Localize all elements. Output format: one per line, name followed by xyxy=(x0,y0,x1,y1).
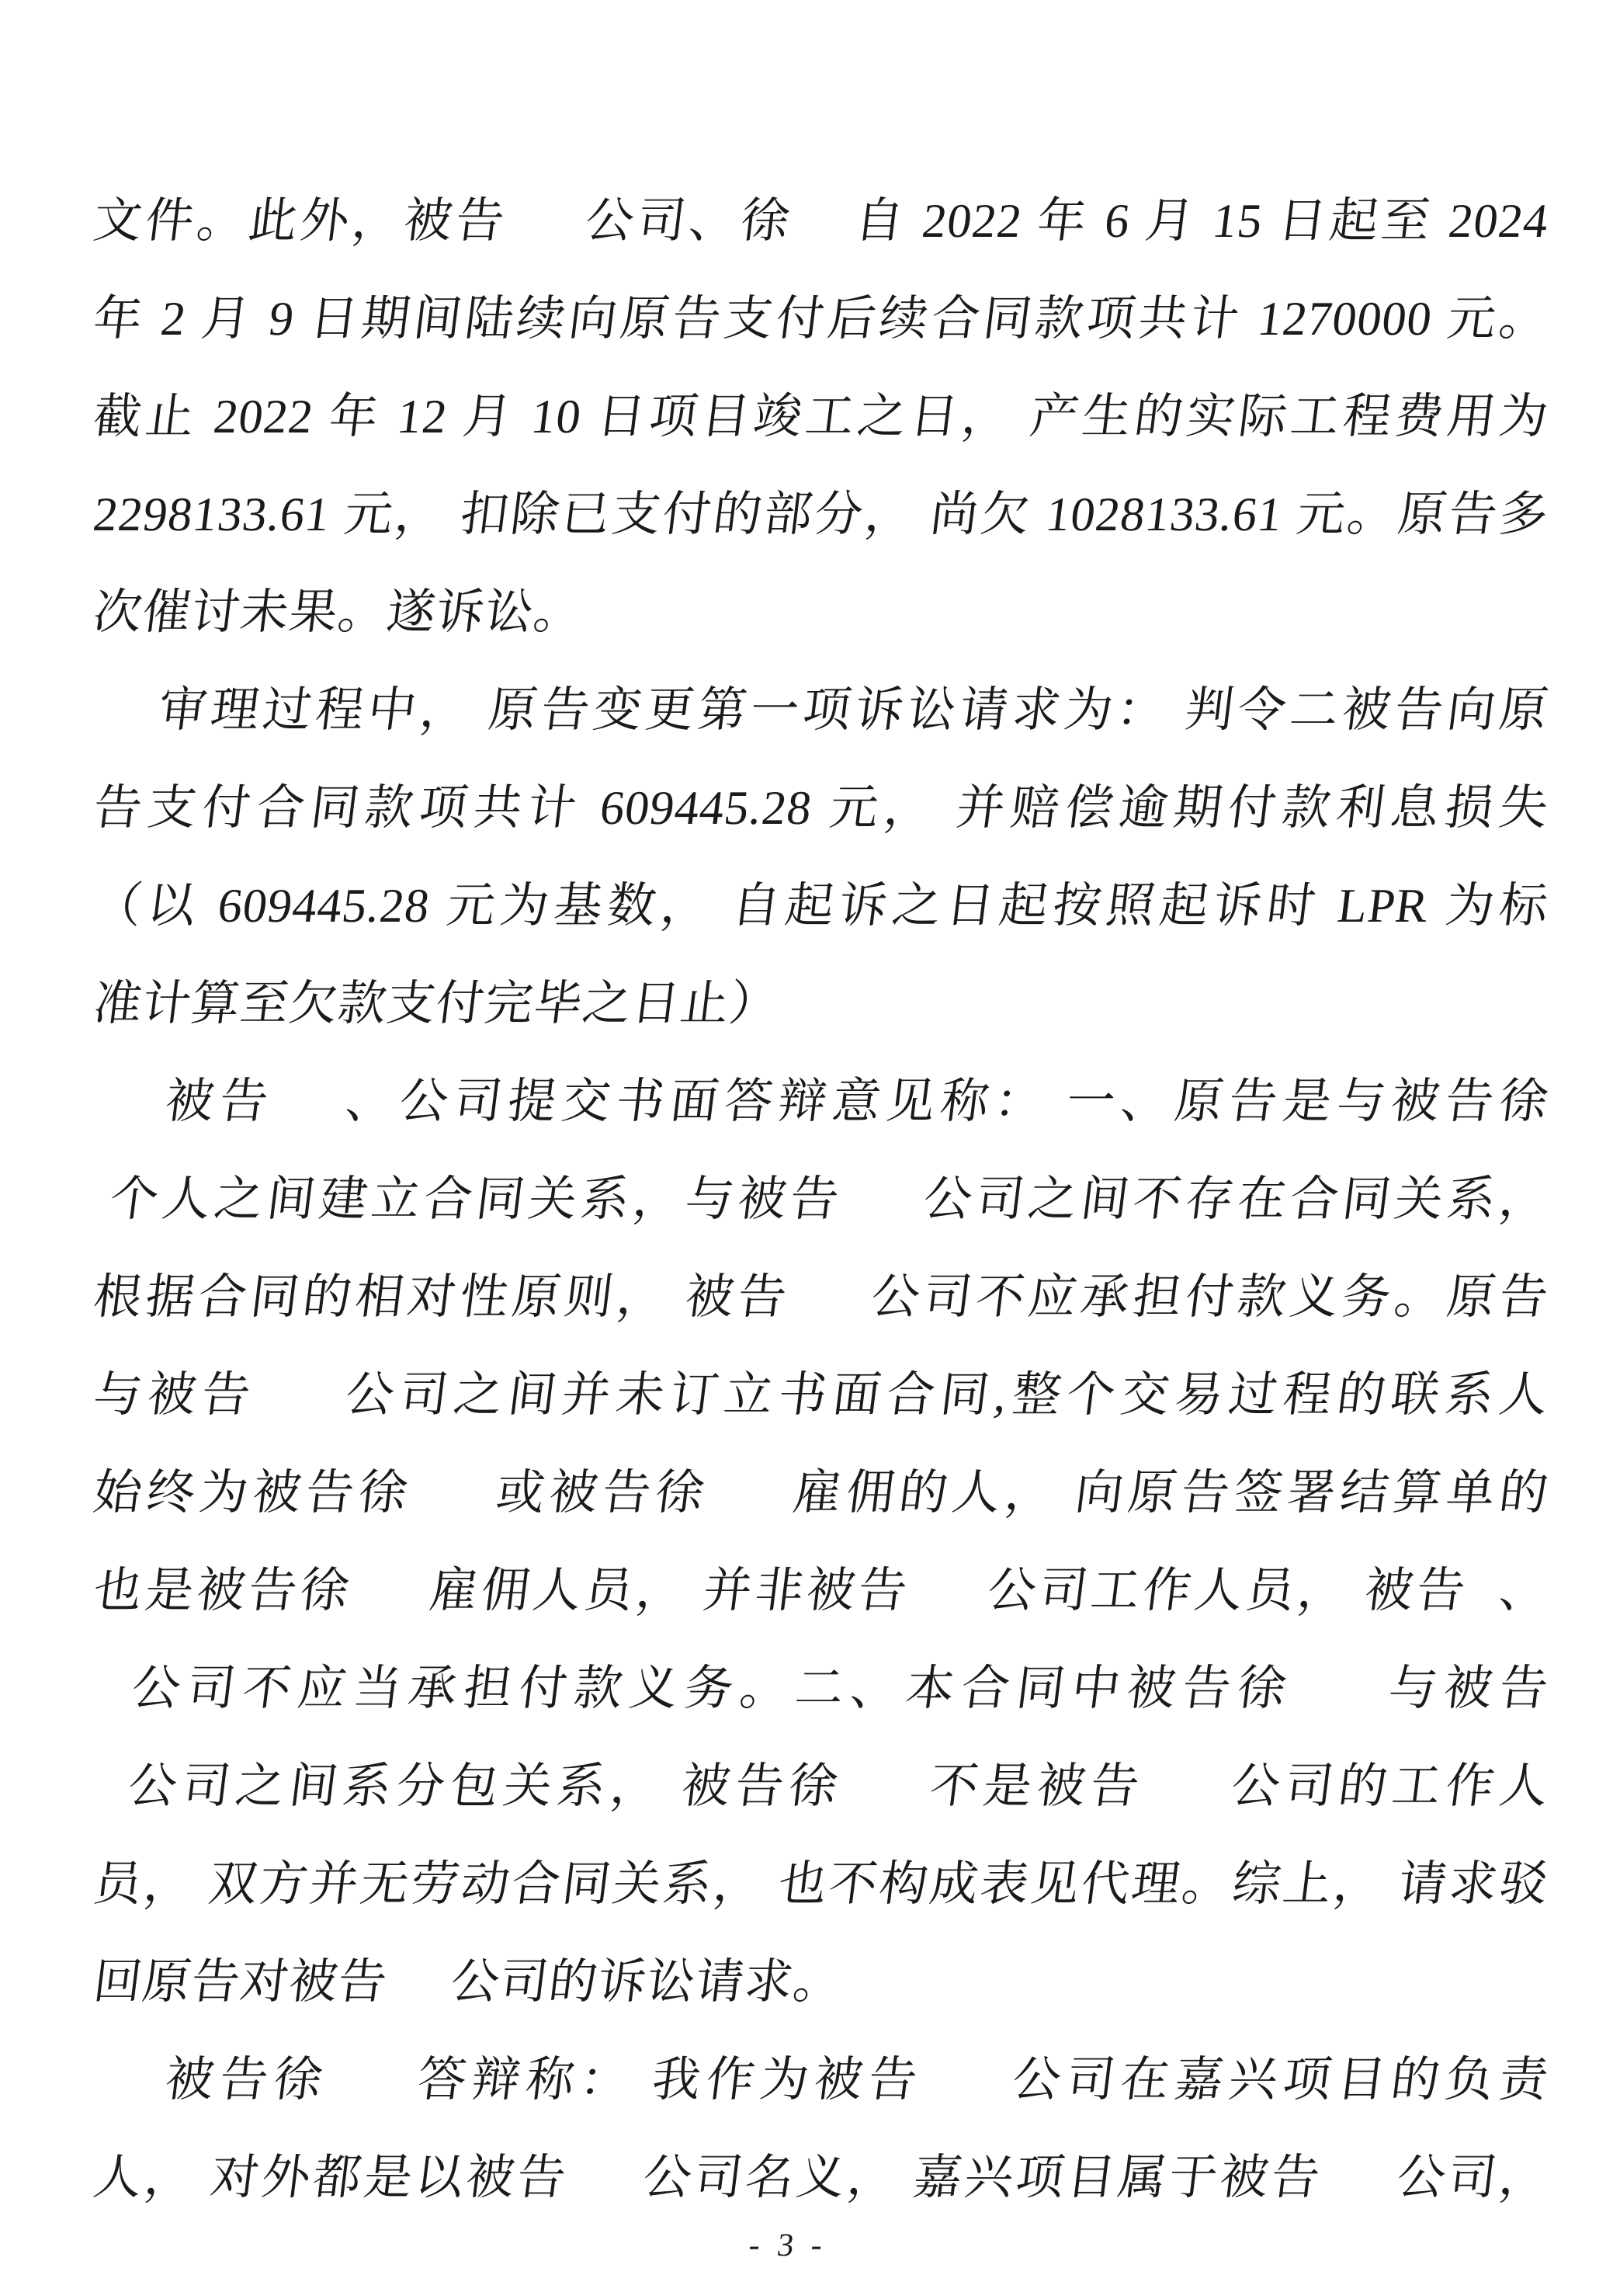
document-page: 文件。此外，被告 公司、徐 自 2022 年 6 月 15 日起至 2024 年… xyxy=(0,0,1620,2296)
text-line: 回原告对被告 公司的诉讼请求。 xyxy=(88,1933,1554,2031)
text-line: 截止 2022 年 12 月 10 日项目竣工之日， 产生的实际工程费用为 xyxy=(88,368,1554,466)
text-line: 被告徐 答辩称： 我作为被告 公司在嘉兴项目的负责 xyxy=(88,2031,1554,2129)
text-line: （以 609445.28 元为基数， 自起诉之日起按照起诉时 LPR 为标 xyxy=(88,857,1554,955)
document-body: 文件。此外，被告 公司、徐 自 2022 年 6 月 15 日起至 2024 年… xyxy=(88,172,1542,2227)
text-line: 年 2 月 9 日期间陆续向原告支付后续合同款项共计 1270000 元。 xyxy=(88,270,1554,368)
text-line: 根据合同的相对性原则， 被告 公司不应承担付款义务。原告 xyxy=(88,1249,1554,1346)
text-line: 个人之间建立合同关系，与被告 公司之间不存在合同关系， xyxy=(88,1151,1554,1249)
text-line: 公司之间系分包关系， 被告徐 不是被告 公司的工作人 xyxy=(88,1738,1554,1836)
text-line: 次催讨未果。遂诉讼。 xyxy=(88,564,1554,662)
text-line: 文件。此外，被告 公司、徐 自 2022 年 6 月 15 日起至 2024 xyxy=(88,172,1554,270)
text-line: 公司不应当承担付款义务。二、本合同中被告徐 与被告 xyxy=(88,1640,1554,1738)
text-line: 准计算至欠款支付完毕之日止） xyxy=(88,955,1554,1053)
text-line: 也是被告徐 雇佣人员， 并非被告 公司工作人员， 被告 、 xyxy=(88,1542,1554,1640)
text-line: 审理过程中， 原告变更第一项诉讼请求为： 判令二被告向原 xyxy=(88,662,1554,759)
page-number: - 3 - xyxy=(0,2222,1579,2269)
text-line: 员， 双方并无劳动合同关系， 也不构成表见代理。综上， 请求驳 xyxy=(88,1836,1554,1933)
text-line: 被告 、公司提交书面答辩意见称： 一、原告是与被告徐 xyxy=(88,1053,1554,1151)
text-line: 告支付合同款项共计 609445.28 元， 并赔偿逾期付款利息损失 xyxy=(88,759,1554,857)
text-line: 2298133.61 元， 扣除已支付的部分， 尚欠 1028133.61 元。… xyxy=(88,466,1554,564)
text-line: 始终为被告徐 或被告徐 雇佣的人， 向原告签署结算单的 xyxy=(88,1444,1554,1542)
text-line: 人， 对外都是以被告 公司名义， 嘉兴项目属于被告 公司， xyxy=(88,2129,1554,2227)
text-line: 与被告 公司之间并未订立书面合同,整个交易过程的联系人 xyxy=(88,1346,1554,1444)
